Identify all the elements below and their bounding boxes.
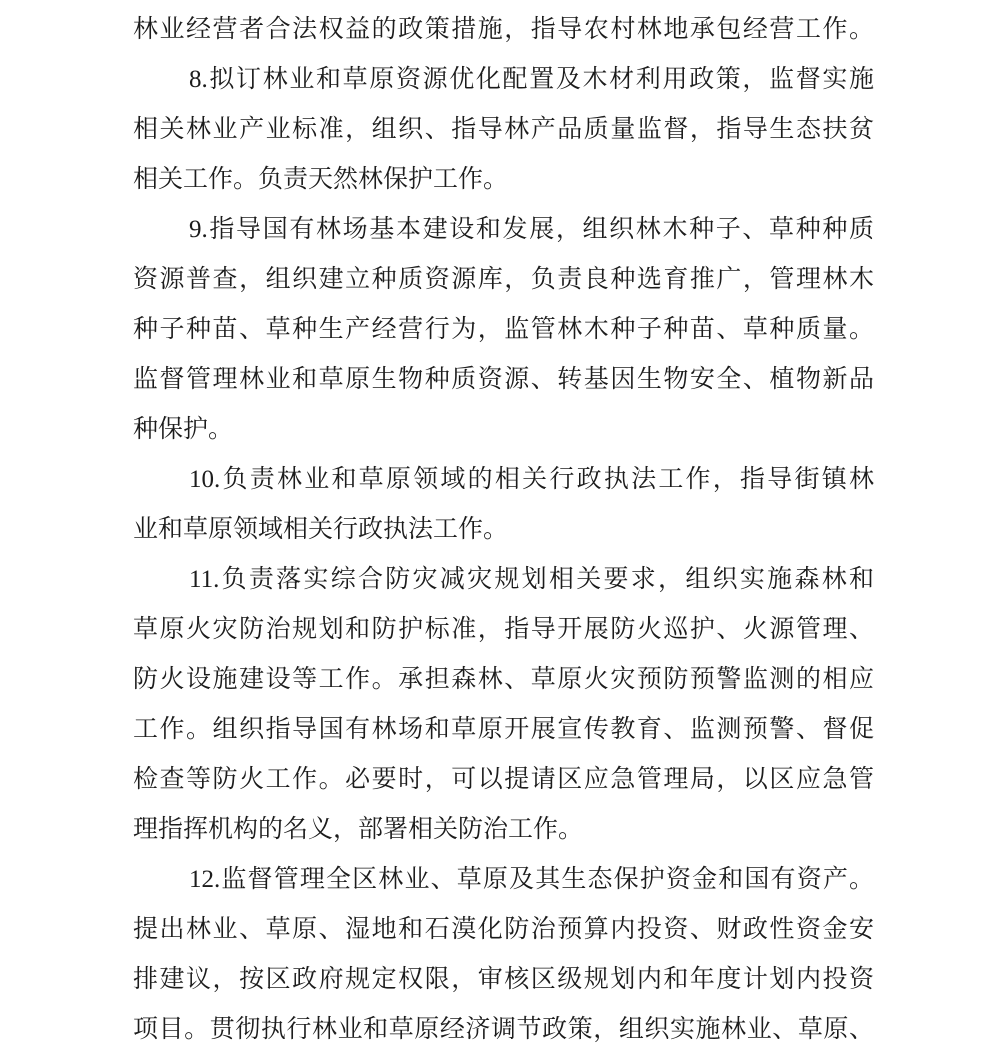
text-line-20: 排建议，按区政府规定权限，审核区级规划内和年度计划内投资 (133, 955, 874, 1005)
text-line-7: 种子种苗、草种生产经营行为，监管林木种子种苗、草种质量。 (133, 305, 874, 355)
text-line-19: 提出林业、草原、湿地和石漠化防治预算内投资、财政性资金安 (133, 905, 874, 955)
text-line-8: 监督管理林业和草原生物种质资源、转基因生物安全、植物新品 (133, 355, 874, 405)
document-page: 林业经营者合法权益的政策措施，指导农村林地承包经营工作。8.拟订林业和草原资源优… (0, 0, 1000, 1059)
text-line-4: 相关工作。负责天然林保护工作。 (133, 155, 874, 205)
text-line-9: 种保护。 (133, 405, 874, 455)
text-line-10: 10.负责林业和草原领域的相关行政执法工作，指导街镇林 (133, 455, 874, 505)
text-line-3: 相关林业产业标准，组织、指导林产品质量监督，指导生态扶贫 (133, 105, 874, 155)
text-line-16: 检查等防火工作。必要时，可以提请区应急管理局，以区应急管 (133, 755, 874, 805)
text-line-14: 防火设施建设等工作。承担森林、草原火灾预防预警监测的相应 (133, 655, 874, 705)
text-line-21: 项目。贯彻执行林业和草原经济调节政策，组织实施林业、草原、 (133, 1005, 874, 1055)
text-line-1: 林业经营者合法权益的政策措施，指导农村林地承包经营工作。 (133, 5, 874, 55)
document-text-block: 林业经营者合法权益的政策措施，指导农村林地承包经营工作。8.拟订林业和草原资源优… (133, 5, 874, 1055)
text-line-12: 11.负责落实综合防灾减灾规划相关要求，组织实施森林和 (133, 555, 874, 605)
text-line-17: 理指挥机构的名义，部署相关防治工作。 (133, 805, 874, 855)
text-line-2: 8.拟订林业和草原资源优化配置及木材利用政策，监督实施 (133, 55, 874, 105)
text-line-18: 12.监督管理全区林业、草原及其生态保护资金和国有资产。 (133, 855, 874, 905)
text-line-11: 业和草原领域相关行政执法工作。 (133, 505, 874, 555)
text-line-5: 9.指导国有林场基本建设和发展，组织林木种子、草种种质 (133, 205, 874, 255)
text-line-15: 工作。组织指导国有林场和草原开展宣传教育、监测预警、督促 (133, 705, 874, 755)
text-line-6: 资源普查，组织建立种质资源库，负责良种选育推广，管理林木 (133, 255, 874, 305)
text-line-13: 草原火灾防治规划和防护标准，指导开展防火巡护、火源管理、 (133, 605, 874, 655)
